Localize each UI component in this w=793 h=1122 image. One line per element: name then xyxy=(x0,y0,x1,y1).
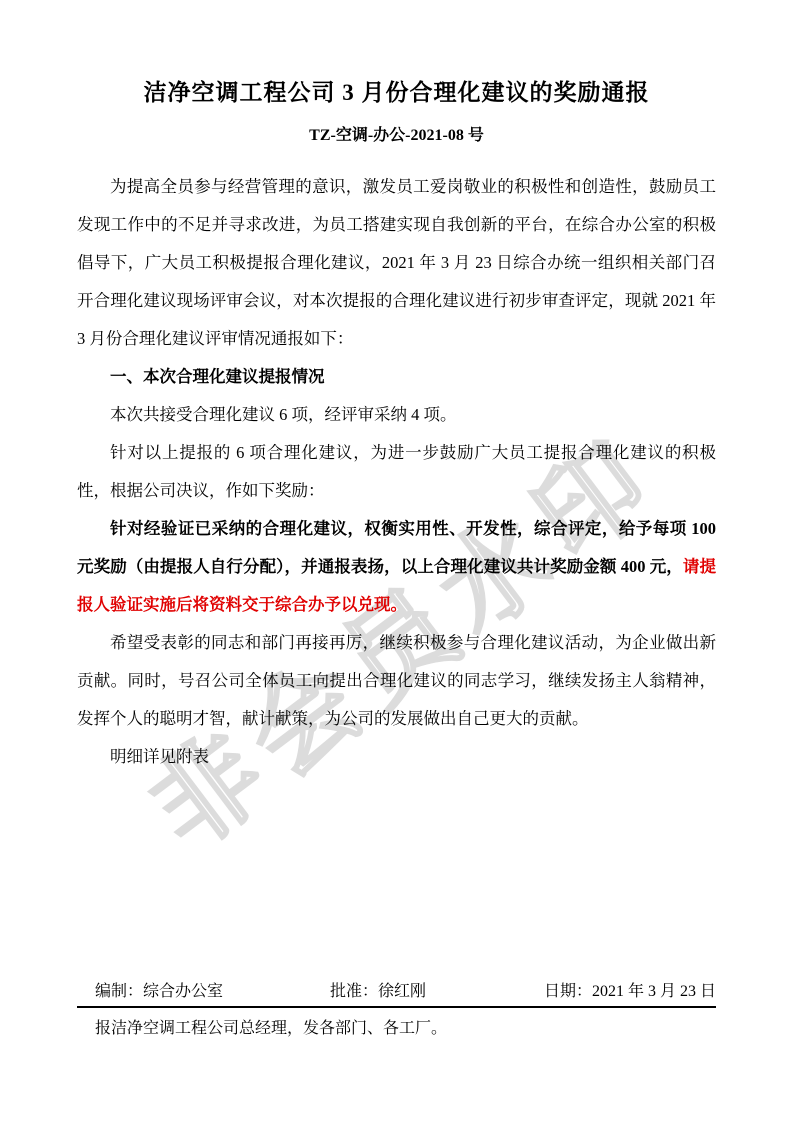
paragraph-encouragement: 希望受表彰的同志和部门再接再厉，继续积极参与合理化建议活动，为企业做出新贡献。同… xyxy=(77,624,716,738)
paragraph-reward-detail: 针对经验证已采纳的合理化建议，权衡实用性、开发性，综合评定，给予每项 100 元… xyxy=(77,510,716,624)
footer-divider-line xyxy=(77,1006,716,1008)
paragraph-summary: 本次共接受合理化建议 6 项，经评审采纳 4 项。 xyxy=(77,396,716,434)
document-content: 洁净空调工程公司 3 月份合理化建议的奖励通报 TZ-空调-办公-2021-08… xyxy=(0,74,793,776)
document-body: 为提高全员参与经营管理的意识，激发员工爱岗敬业的积极性和创造性，鼓励员工发现工作… xyxy=(77,168,716,776)
footer-approved-by: 批准：徐红刚 xyxy=(330,978,426,1001)
document-footer: 编制：综合办公室 批准：徐红刚 日期：2021 年 3 月 23 日 报洁净空调… xyxy=(77,974,716,1038)
document-page: 非会员水印 洁净空调工程公司 3 月份合理化建议的奖励通报 TZ-空调-办公-2… xyxy=(0,0,793,1122)
footer-distribution-note: 报洁净空调工程公司总经理，发各部门、各工厂。 xyxy=(77,1015,716,1038)
paragraph-intro: 为提高全员参与经营管理的意识，激发员工爱岗敬业的积极性和创造性，鼓励员工发现工作… xyxy=(77,168,716,358)
footer-prepared-by: 编制：综合办公室 xyxy=(95,978,223,1001)
footer-date: 日期：2021 年 3 月 23 日 xyxy=(544,978,716,1001)
footer-meta-row: 编制：综合办公室 批准：徐红刚 日期：2021 年 3 月 23 日 xyxy=(77,974,716,1004)
paragraph-attachment-note: 明细详见附表 xyxy=(77,738,716,776)
section-heading: 一、本次合理化建议提报情况 xyxy=(77,358,716,396)
document-number: TZ-空调-办公-2021-08 号 xyxy=(77,122,716,145)
paragraph-reward-basis: 针对以上提报的 6 项合理化建议，为进一步鼓励广大员工提报合理化建议的积极性，根… xyxy=(77,434,716,510)
document-title: 洁净空调工程公司 3 月份合理化建议的奖励通报 xyxy=(77,74,716,107)
reward-detail-bold-text: 针对经验证已采纳的合理化建议，权衡实用性、开发性，综合评定，给予每项 100 元… xyxy=(77,519,716,576)
